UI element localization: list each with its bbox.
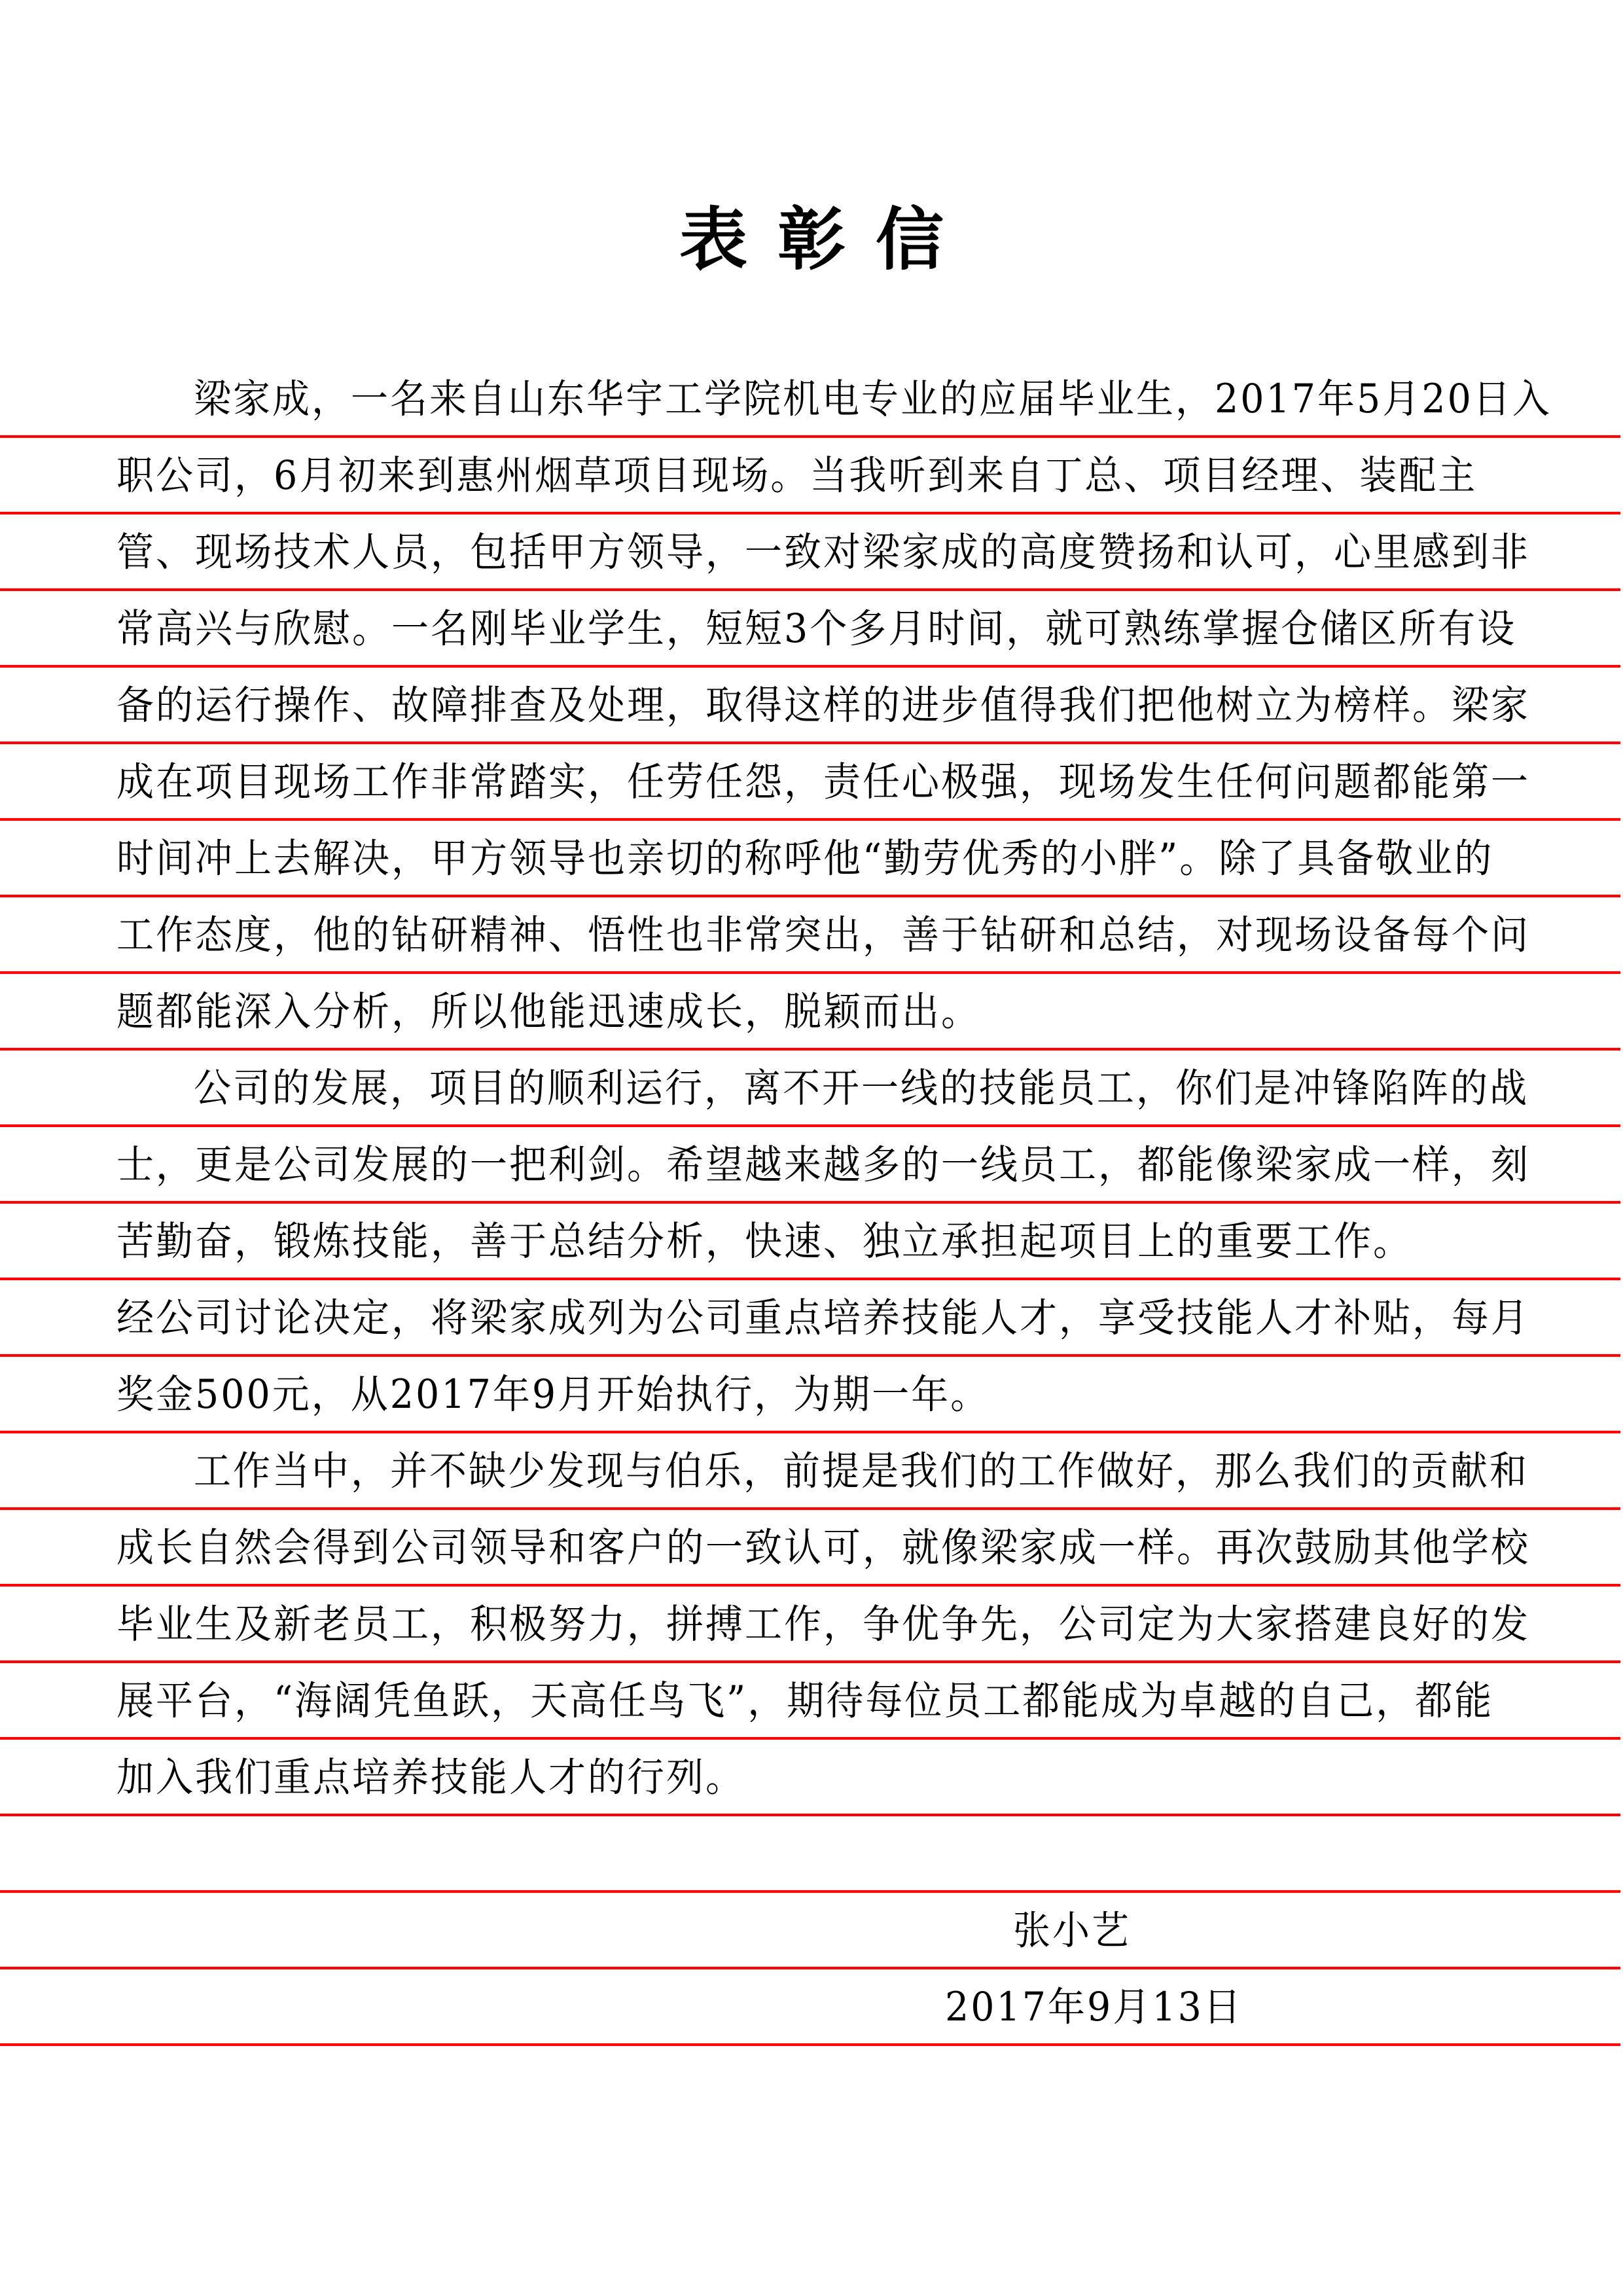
date-line: 2017年9月13日 (0, 1968, 1623, 2045)
paragraph-4-line-5: 加入我们重点培养技能人才的行列。 (116, 1753, 1530, 1802)
letter-line: 常高兴与欣慰。一名刚毕业学生，短短3个多月时间，就可熟练掌握仓储区所有设 (0, 590, 1623, 666)
letter-line: 工作当中，并不缺少发现与伯乐，前提是我们的工作做好，那么我们的贡献和 (0, 1432, 1623, 1509)
letter-line: 奖金500元，从2017年9月开始执行，为期一年。 (0, 1355, 1623, 1432)
paragraph-3-line-1: 经公司讨论决定，将梁家成列为公司重点培养技能人才，享受技能人才补贴，每月 (116, 1294, 1530, 1342)
paragraph-1-line-9: 题都能深入分析，所以他能迅速成长，脱颖而出。 (116, 988, 1530, 1036)
letter-line: 职公司，6月初来到惠州烟草项目现场。当我听到来自丁总、项目经理、装配主 (0, 437, 1623, 513)
paragraph-1-line-8: 工作态度，他的钻研精神、悟性也非常突出，善于钻研和总结，对现场设备每个问 (116, 911, 1530, 960)
paragraph-1-line-2: 职公司，6月初来到惠州烟草项目现场。当我听到来自丁总、项目经理、装配主 (116, 452, 1530, 500)
paragraph-2-line-3: 苦勤奋，锻炼技能，善于总结分析，快速、独立承担起项目上的重要工作。 (116, 1217, 1530, 1266)
signature-date: 2017年9月13日 (945, 1983, 1623, 2032)
paragraph-4-line-1: 工作当中，并不缺少发现与伯乐，前提是我们的工作做好，那么我们的贡献和 (194, 1447, 1607, 1496)
letter-line: 经公司讨论决定，将梁家成列为公司重点培养技能人才，享受技能人才补贴，每月 (0, 1279, 1623, 1355)
paragraph-4-line-3: 毕业生及新老员工，积极努力，拼搏工作，争优争先，公司定为大家搭建良好的发 (116, 1600, 1530, 1649)
letter-line: 题都能深入分析，所以他能迅速成长，脱颖而出。 (0, 973, 1623, 1049)
paragraph-1-line-7: 时间冲上去解决，甲方领导也亲切的称呼他“勤劳优秀的小胖”。除了具备敬业的 (116, 834, 1530, 883)
letter-line: 时间冲上去解决，甲方领导也亲切的称呼他“勤劳优秀的小胖”。除了具备敬业的 (0, 819, 1623, 896)
letter-line: 备的运行操作、故障排查及处理，取得这样的进步值得我们把他树立为榜样。梁家 (0, 666, 1623, 743)
paragraph-4-line-4: 展平台，“海阔凭鱼跃，天高任鸟飞”，期待每位员工都能成为卓越的自己，都能 (116, 1677, 1530, 1725)
signature-name: 张小艺 (1013, 1907, 1623, 1955)
paragraph-3-line-2: 奖金500元，从2017年9月开始执行，为期一年。 (116, 1371, 1530, 1419)
paragraph-1-line-4: 常高兴与欣慰。一名刚毕业学生，短短3个多月时间，就可熟练掌握仓储区所有设 (116, 605, 1530, 653)
letter-line: 士，更是公司发展的一把利剑。希望越来越多的一线员工，都能像梁家成一样，刻 (0, 1126, 1623, 1202)
paragraph-1-line-5: 备的运行操作、故障排查及处理，取得这样的进步值得我们把他树立为榜样。梁家 (116, 681, 1530, 730)
letter-line: 管、现场技术人员，包括甲方领导，一致对梁家成的高度赞扬和认可，心里感到非 (0, 513, 1623, 590)
letter-line: 成长自然会得到公司领导和客户的一致认可，就像梁家成一样。再次鼓励其他学校 (0, 1509, 1623, 1585)
letter-line: 工作态度，他的钻研精神、悟性也非常突出，善于钻研和总结，对现场设备每个问 (0, 896, 1623, 973)
letter-line: 梁家成，一名来自山东华宇工学院机电专业的应届毕业生，2017年5月20日入 (0, 360, 1623, 437)
letter-line: 苦勤奋，锻炼技能，善于总结分析，快速、独立承担起项目上的重要工作。 (0, 1202, 1623, 1279)
paragraph-2-line-1: 公司的发展，项目的顺利运行，离不开一线的技能员工，你们是冲锋陷阵的战 (194, 1064, 1607, 1113)
letter-line-blank (0, 1815, 1623, 1892)
paragraph-1-line-6: 成在项目现场工作非常踏实，任劳任怨，责任心极强，现场发生任何问题都能第一 (116, 758, 1530, 806)
paragraph-4-line-2: 成长自然会得到公司领导和客户的一致认可，就像梁家成一样。再次鼓励其他学校 (116, 1524, 1530, 1572)
letter-line: 公司的发展，项目的顺利运行，离不开一线的技能员工，你们是冲锋陷阵的战 (0, 1049, 1623, 1126)
paragraph-1-line-3: 管、现场技术人员，包括甲方领导，一致对梁家成的高度赞扬和认可，心里感到非 (116, 528, 1530, 577)
red-rule-line (0, 2043, 1620, 2046)
paragraph-1-line-1: 梁家成，一名来自山东华宇工学院机电专业的应届毕业生，2017年5月20日入 (194, 375, 1607, 423)
letter-line: 展平台，“海阔凭鱼跃，天高任鸟飞”，期待每位员工都能成为卓越的自己，都能 (0, 1662, 1623, 1738)
ruled-letter-body: 梁家成，一名来自山东华宇工学院机电专业的应届毕业生，2017年5月20日入 职公… (0, 360, 1623, 2045)
signature-line: 张小艺 (0, 1892, 1623, 1968)
letter-line: 毕业生及新老员工，积极努力，拼搏工作，争优争先，公司定为大家搭建良好的发 (0, 1585, 1623, 1662)
letter-line: 加入我们重点培养技能人才的行列。 (0, 1738, 1623, 1815)
page-title: 表彰信 (0, 194, 1623, 285)
letter-line: 成在项目现场工作非常踏实，任劳任怨，责任心极强，现场发生任何问题都能第一 (0, 743, 1623, 819)
paragraph-2-line-2: 士，更是公司发展的一把利剑。希望越来越多的一线员工，都能像梁家成一样，刻 (116, 1141, 1530, 1189)
